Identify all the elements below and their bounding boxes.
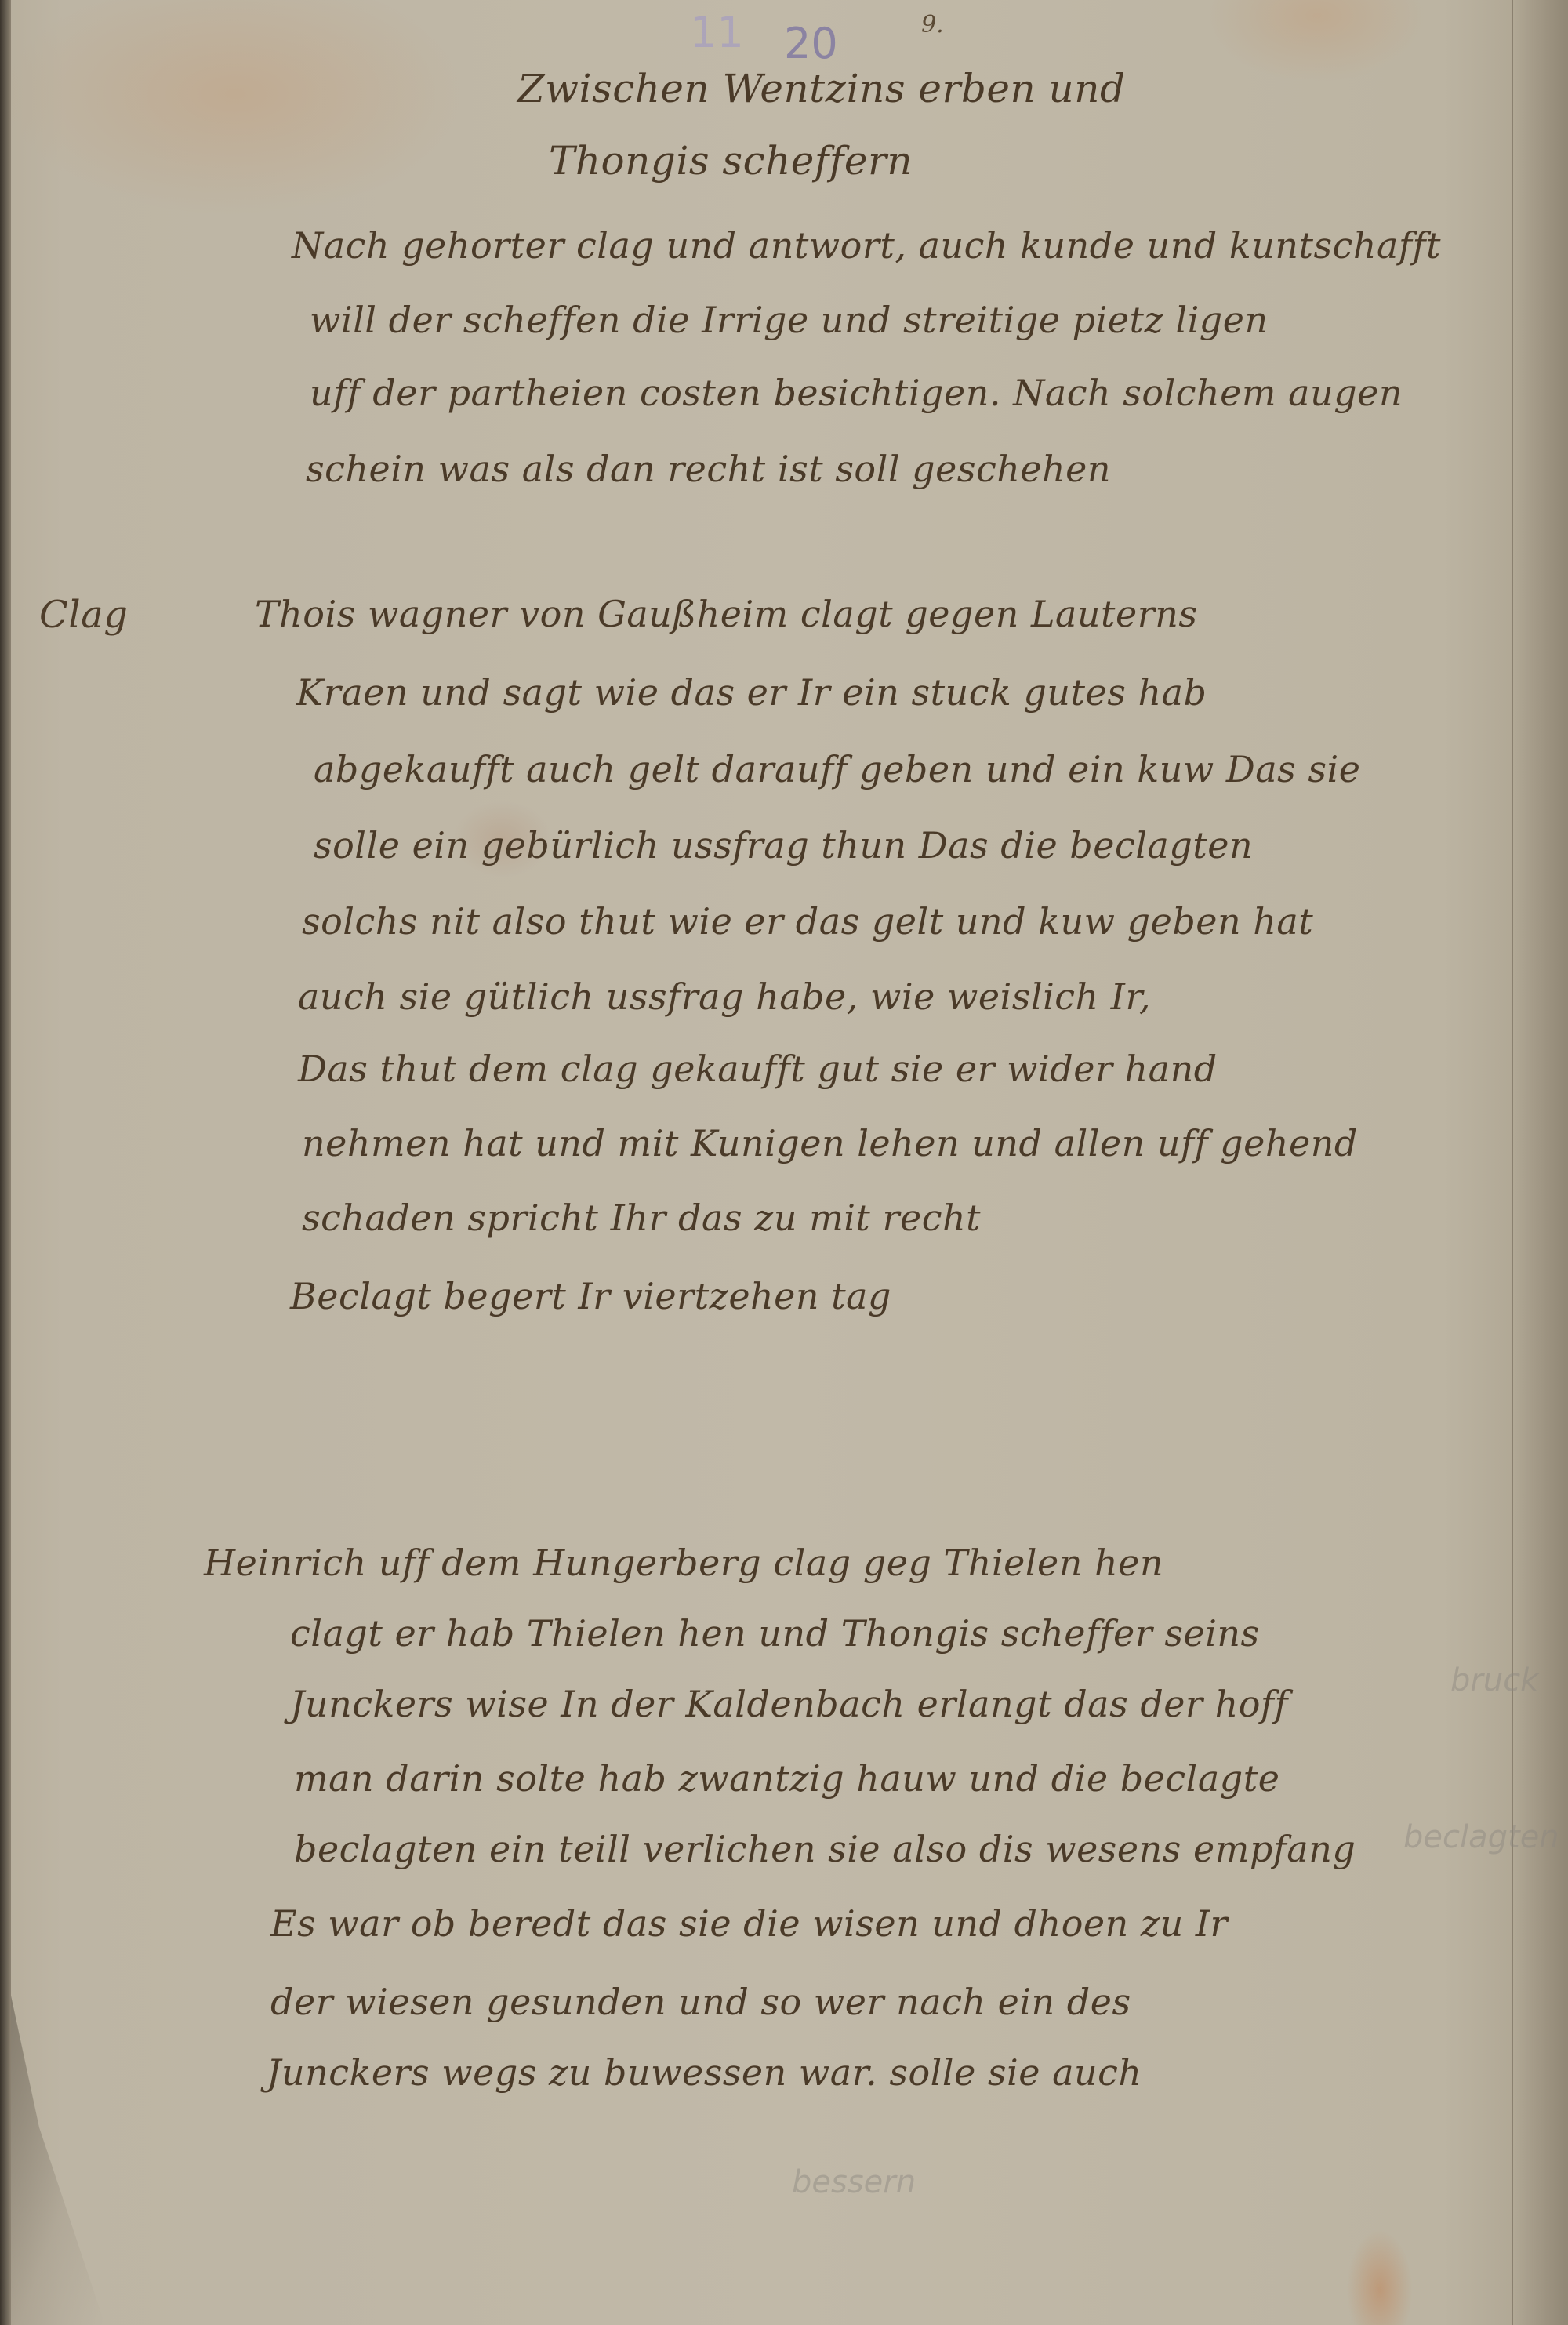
- pencil-mark-left: 11: [690, 8, 744, 57]
- folio-number: 20: [784, 19, 838, 68]
- entry-3-line-3: Junckers wise In der Kaldenbach erlangt …: [290, 1686, 1288, 1722]
- binding-edge: [0, 0, 11, 2325]
- page-edge: [1512, 0, 1568, 2325]
- entry-2-line-8: nehmen hat und mit Kunigen lehen und all…: [302, 1125, 1358, 1161]
- entry-3-line-2: clagt er hab Thielen hen und Thongis sch…: [290, 1615, 1260, 1651]
- entry-3-line-1: Heinrich uff dem Hungerberg clag geg Thi…: [204, 1545, 1163, 1581]
- entry-3-line-5: beclagten ein teill verlichen sie also d…: [294, 1831, 1356, 1867]
- entry-1-line-1: Nach gehorter clag und antwort, auch kun…: [292, 227, 1441, 263]
- entry-2-line-2: Kraen und sagt wie das er Ir ein stuck g…: [296, 674, 1207, 710]
- entry-2-line-9: schaden spricht Ihr das zu mit recht: [302, 1200, 981, 1236]
- entry-1-line-3: uff der partheien costen besichtigen. Na…: [310, 375, 1403, 411]
- entry-1-heading-line-1: Zwischen Wentzins erben und: [517, 69, 1125, 108]
- manuscript-folio: 11 20 9. Zwischen Wentzins erben und Tho…: [0, 0, 1568, 2325]
- entry-2-line-1: Thois wagner von Gaußheim clagt gegen La…: [255, 596, 1197, 632]
- entry-3-line-4: man darin solte hab zwantzig hauw und di…: [294, 1760, 1279, 1796]
- bottom-pencil-note: bessern: [792, 2164, 916, 2200]
- folded-corner: [11, 1996, 105, 2325]
- entry-1-heading-line-2: Thongis scheffern: [549, 141, 913, 180]
- entry-2-line-4: solle ein gebürlich ussfrag thun Das die…: [314, 827, 1253, 863]
- margin-label-clag: Clag: [39, 596, 128, 634]
- entry-2-line-6: auch sie gütlich ussfrag habe, wie weisl…: [298, 979, 1151, 1015]
- entry-1-line-2: will der scheffen die Irrige und streiti…: [310, 302, 1269, 338]
- entry-2-line-7: Das thut dem clag gekaufft gut sie er wi…: [298, 1051, 1218, 1087]
- entry-2-line-10: Beclagt begert Ir viertzehen tag: [290, 1278, 891, 1314]
- entry-1-line-4: schein was als dan recht ist soll gesche…: [306, 451, 1111, 487]
- entry-3-line-6: Es war ob beredt das sie die wisen und d…: [270, 1905, 1228, 1942]
- entry-2-line-3: abgekaufft auch gelt darauff geben und e…: [314, 751, 1360, 787]
- entry-3-line-8: Junckers wegs zu buwessen war. solle sie…: [267, 2054, 1142, 2091]
- entry-3-line-7: der wiesen gesunden und so wer nach ein …: [270, 1984, 1131, 2020]
- margin-pencil-note-2: beclagten: [1403, 1819, 1559, 1855]
- entry-2-line-5: solchs nit also thut wie er das gelt und…: [302, 903, 1313, 939]
- ink-folio-mark: 9.: [921, 11, 944, 38]
- margin-pencil-note-1: bruck: [1450, 1662, 1538, 1698]
